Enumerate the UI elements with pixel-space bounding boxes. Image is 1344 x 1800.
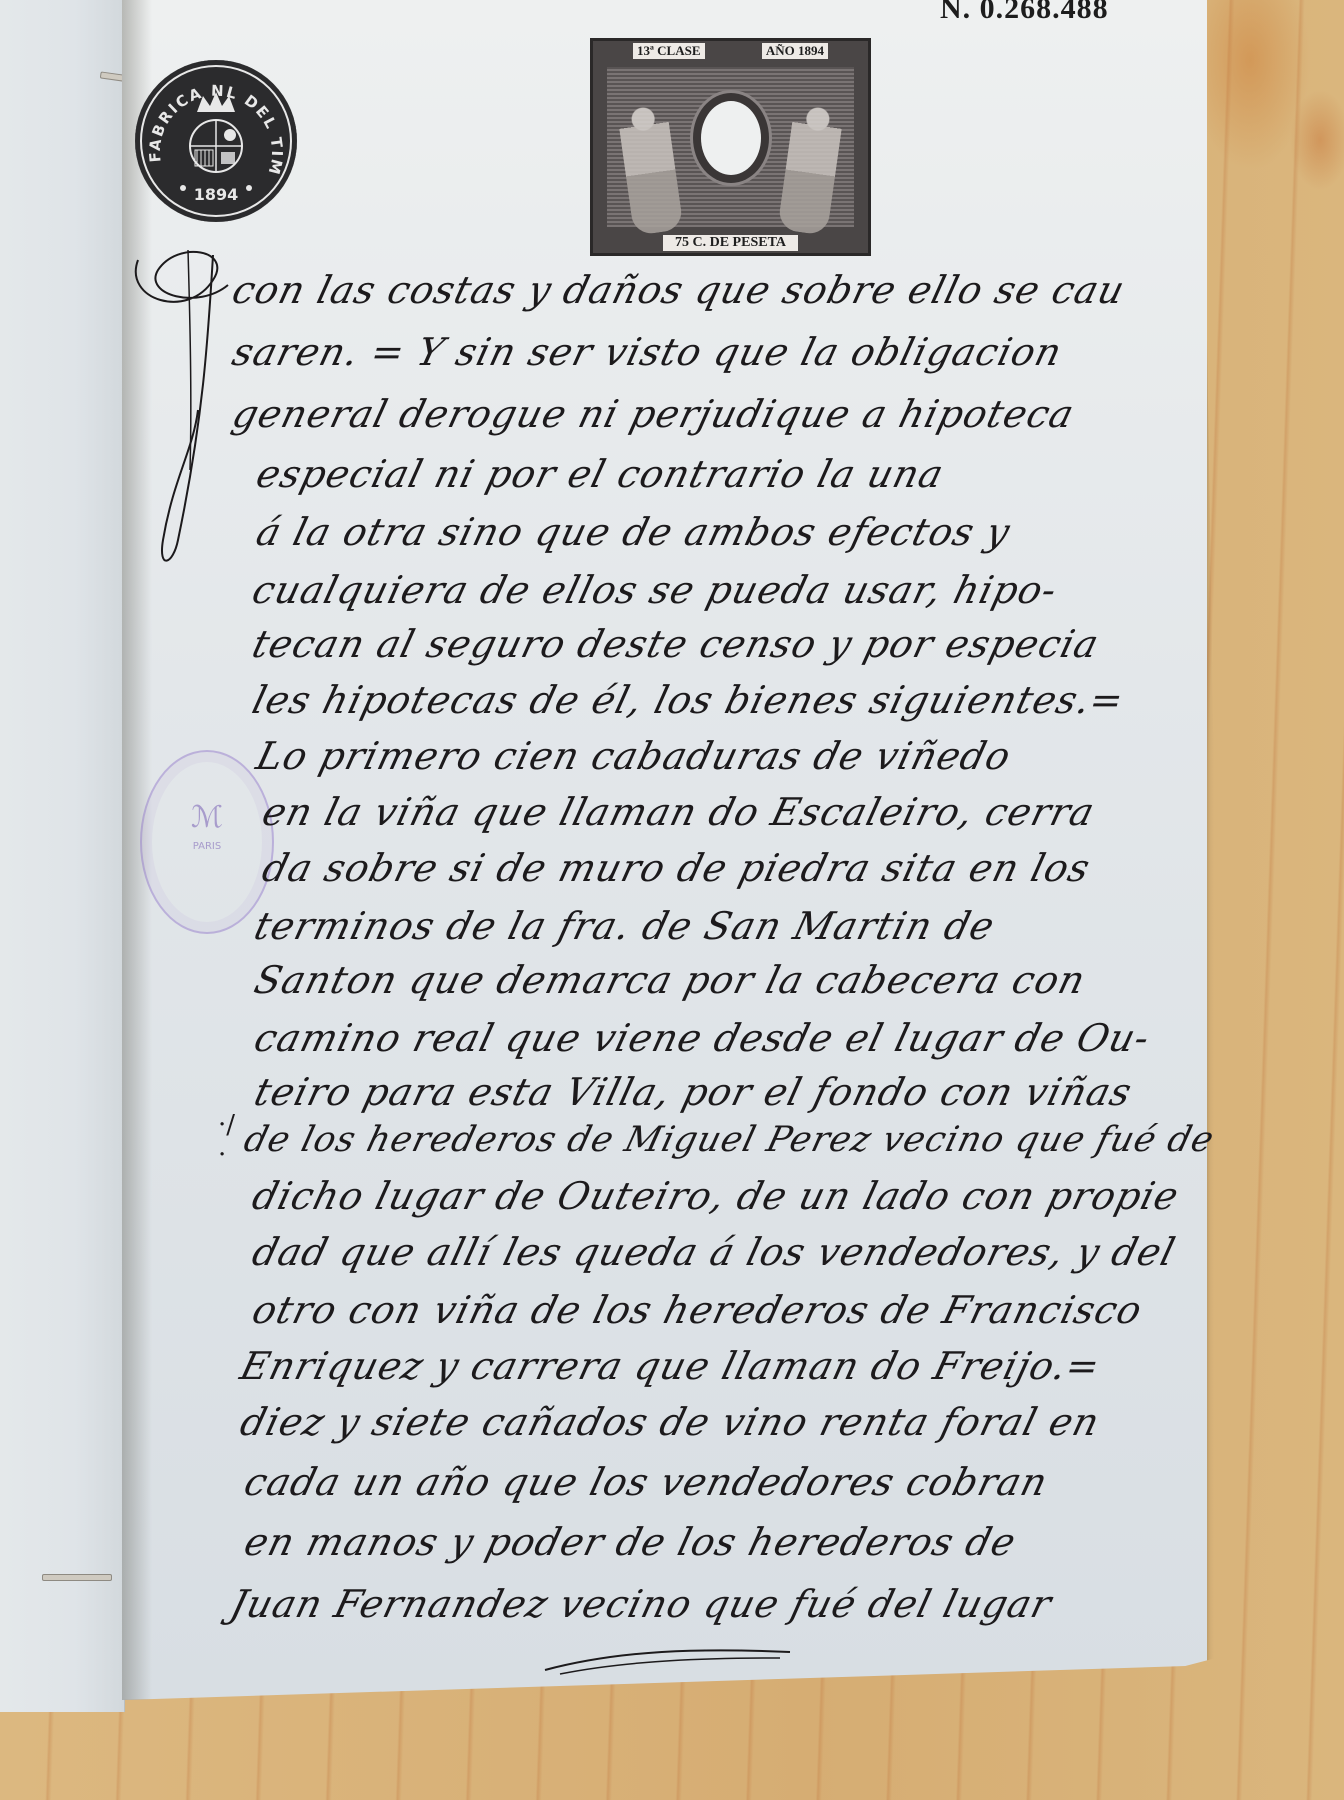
handwritten-line: tecan al seguro deste censo y por especi… (248, 622, 1104, 666)
stamp-class-label: 13ª CLASE (633, 43, 705, 59)
handwritten-line: diez y siete cañados de vino renta foral… (236, 1400, 1104, 1444)
handwritten-line: en manos y poder de los herederos de (240, 1520, 1021, 1564)
seal-year: 1894 (194, 185, 239, 204)
handwritten-line: Santon que demarca por la cabecera con (250, 958, 1090, 1002)
staple-bottom (42, 1574, 112, 1581)
handwritten-line: Lo primero cien cabaduras de viñedo (252, 734, 1016, 778)
previous-page-edge (0, 0, 125, 1712)
purple-stamp-monogram: ℳ (142, 800, 272, 835)
handwritten-line: otro con viña de los herederos de Franci… (248, 1288, 1147, 1332)
signature-underline-flourish (540, 1640, 800, 1680)
handwritten-line: cada un año que los vendedores cobran (240, 1460, 1053, 1504)
handwritten-line: teiro para esta Villa, por el fondo con … (250, 1070, 1137, 1114)
svg-text:FABRICA NL DEL TIMBRE: FABRICA NL DEL TIMBRE (135, 60, 286, 178)
handwritten-line: especial ni por el contrario la una (252, 452, 948, 496)
handwritten-line: en la viña que llaman do Escaleiro, cerr… (258, 790, 1100, 834)
stamp-center-oval (701, 101, 761, 175)
fabrica-timbre-seal: FABRICA NL DEL TIMBRE 1894 (135, 60, 297, 222)
handwritten-line: cualquiera de ellos se pueda usar, hipo- (248, 568, 1062, 612)
revenue-stamp: 13ª CLASE AÑO 1894 75 C. DE PESETA (590, 38, 871, 256)
handwritten-line: saren. = Y sin ser visto que la obligaci… (228, 330, 1067, 374)
handwritten-line: Enriquez y carrera que llaman do Freijo.… (236, 1344, 1105, 1388)
handwritten-line: general derogue ni perjudique a hipoteca (228, 392, 1079, 436)
seal-emblem-icon: FABRICA NL DEL TIMBRE 1894 (135, 60, 297, 222)
handwritten-line: dicho lugar de Outeiro, de un lado con p… (248, 1174, 1184, 1218)
handwritten-line: les hipotecas de él, los bienes siguient… (248, 678, 1129, 722)
handwritten-line: con las costas y daños que sobre ello se… (228, 268, 1130, 312)
handwritten-line: terminos de la fra. de San Martin de (250, 904, 1000, 948)
handwritten-line: da sobre si de muro de piedra sita en lo… (258, 846, 1095, 890)
initial-flourish-icon (118, 240, 248, 580)
handwritten-line: Juan Fernandez vecino que fué del lugar (226, 1582, 1056, 1626)
handwritten-line: dad que allí les queda á los vendedores,… (248, 1230, 1180, 1274)
handwritten-line: á la otra sino que de ambos efectos y (252, 510, 1015, 554)
stamp-top-labels: 13ª CLASE AÑO 1894 (633, 43, 828, 59)
stamp-year-label: AÑO 1894 (762, 43, 828, 59)
margin-mark: ·/· (218, 1110, 235, 1170)
purple-stamp-text: PARIS (142, 841, 272, 852)
seal-arc-text: FABRICA NL DEL TIMBRE (135, 60, 286, 178)
stamp-value-label: 75 C. DE PESETA (663, 235, 798, 251)
handwritten-line: de los herederos de Miguel Perez vecino … (240, 1120, 1218, 1160)
serial-number: N. 0.268.488 (940, 0, 1109, 26)
handwritten-line: camino real que viene desde el lugar de … (250, 1016, 1155, 1060)
